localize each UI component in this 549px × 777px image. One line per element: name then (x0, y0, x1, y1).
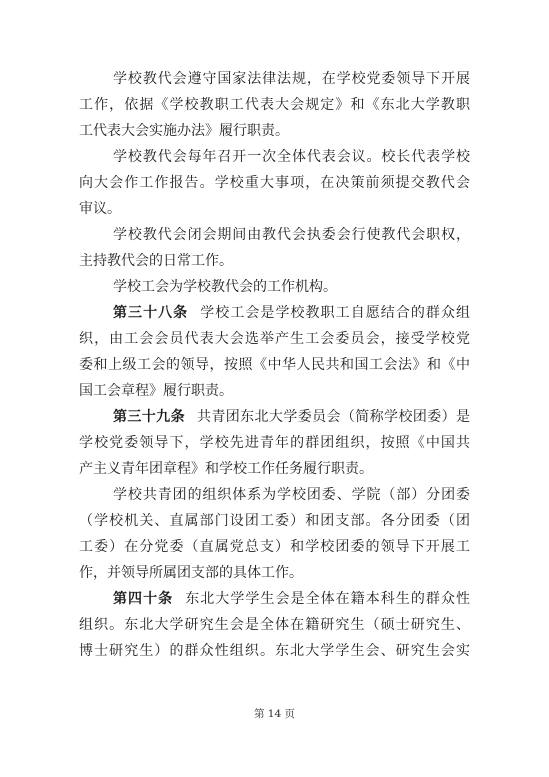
page-number: 第 14 页 (0, 707, 549, 721)
text-line: 作，并领导所属团支部的具体工作。 (79, 560, 470, 586)
text-line: 工代表大会实施办法》履行职责。 (79, 118, 470, 144)
text-line: 审议。 (79, 196, 470, 222)
text-line: 组织。东北大学研究生会是全体在籍研究生（硕士研究生、 (79, 612, 470, 638)
line-text: 共青团东北大学委员会（简称学校团委）是 (197, 409, 470, 425)
text-line: 工作，依据《学校教职工代表大会规定》和《东北大学教职 (79, 92, 470, 118)
text-line: 学校教代会遵守国家法律法规，在学校党委领导下开展 (79, 66, 470, 92)
text-line: 委和上级工会的领导，按照《中华人民共和国工会法》和《中 (79, 352, 470, 378)
text-line-article-38: 第三十八条学校工会是学校教职工自愿结合的群众组 (79, 300, 470, 326)
text-line: 产主义青年团章程》和学校工作任务履行职责。 (79, 456, 470, 482)
text-line: （学校机关、直属部门设团工委）和团支部。各分团委（团 (79, 508, 470, 534)
document-page: 学校教代会遵守国家法律法规，在学校党委领导下开展 工作，依据《学校教职工代表大会… (0, 0, 549, 777)
text-line: 博士研究生）的群众性组织。东北大学学生会、研究生会实 (79, 638, 470, 664)
article-number: 第三十九条 (113, 409, 185, 425)
text-line: 学校教代会闭会期间由教代会执委会行使教代会职权， (79, 222, 470, 248)
text-line: 学校党委领导下，学校先进青年的群团组织，按照《中国共 (79, 430, 470, 456)
text-line: 学校教代会每年召开一次全体代表会议。校长代表学校 (79, 144, 470, 170)
line-text: 东北大学学生会是全体在籍本科生的群众性 (185, 591, 470, 607)
article-number: 第三十八条 (113, 305, 188, 321)
text-line: 织，由工会会员代表大会选举产生工会委员会，接受学校党 (79, 326, 470, 352)
text-line: 主持教代会的日常工作。 (79, 248, 470, 274)
text-line: 工委）在分党委（直属党总支）和学校团委的领导下开展工 (79, 534, 470, 560)
text-line-article-39: 第三十九条共青团东北大学委员会（简称学校团委）是 (79, 404, 470, 430)
text-line-article-40: 第四十条东北大学学生会是全体在籍本科生的群众性 (79, 586, 470, 612)
text-line: 向大会作工作报告。学校重大事项，在决策前须提交教代会 (79, 170, 470, 196)
document-body: 学校教代会遵守国家法律法规，在学校党委领导下开展 工作，依据《学校教职工代表大会… (79, 66, 470, 664)
text-line: 学校工会为学校教代会的工作机构。 (79, 274, 470, 300)
text-line: 学校共青团的组织体系为学校团委、学院（部）分团委 (79, 482, 470, 508)
line-text: 学校工会是学校教职工自愿结合的群众组 (200, 305, 470, 321)
text-line: 国工会章程》履行职责。 (79, 378, 470, 404)
article-number: 第四十条 (113, 591, 173, 607)
